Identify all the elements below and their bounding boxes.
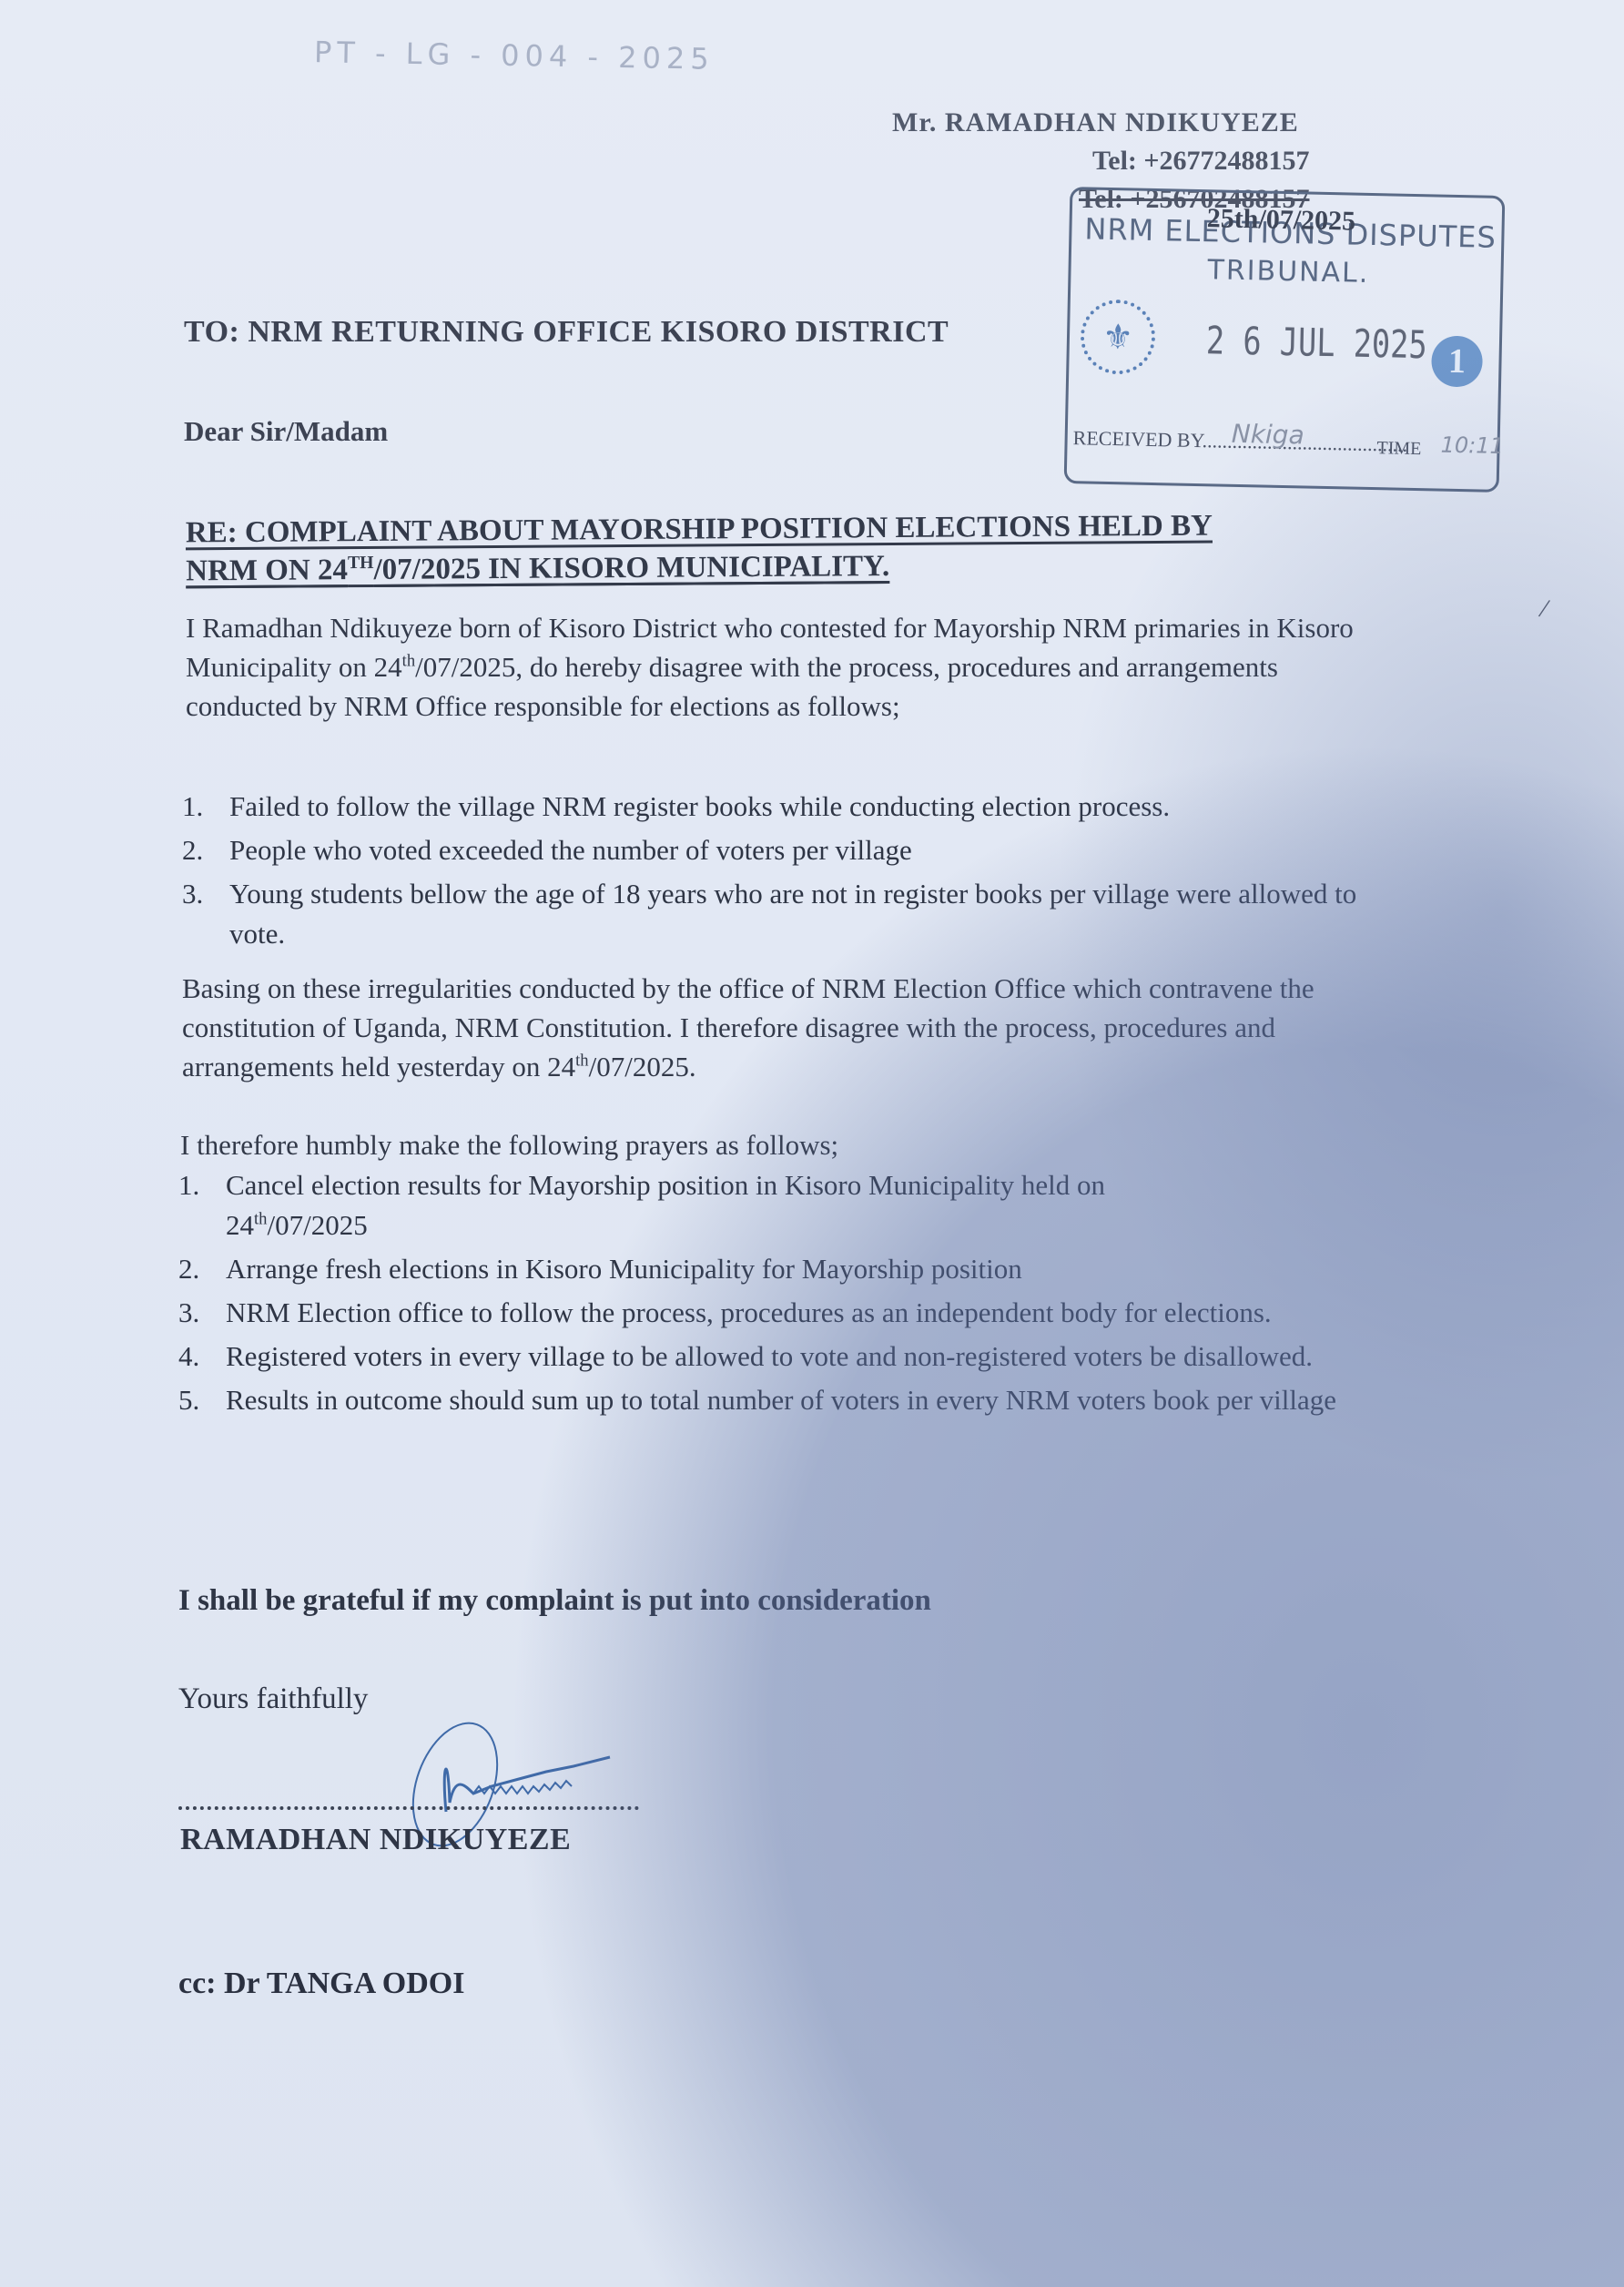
list-item: 1.Cancel election results for Mayorship … bbox=[178, 1165, 1398, 1245]
list-text: Results in outcome should sum up to tota… bbox=[226, 1384, 1336, 1416]
list-number: 4. bbox=[178, 1337, 199, 1377]
stamp-title-line2: TRIBUNAL. bbox=[1207, 254, 1369, 290]
stamp-time-label: TIME bbox=[1376, 438, 1421, 460]
list-text: Arrange fresh elections in Kisoro Munici… bbox=[226, 1253, 1022, 1285]
list-number: 1. bbox=[178, 1165, 199, 1205]
basis-paragraph: Basing on these irregularities conducted… bbox=[182, 969, 1384, 1086]
basis-sup: th bbox=[575, 1052, 588, 1071]
intro-sup: th bbox=[402, 652, 415, 671]
subject-date-suffix: /07/2025 IN KISORO MUNICIPALITY. bbox=[373, 550, 889, 586]
coin-number-icon: 1 bbox=[1431, 335, 1483, 387]
subject-date-sup: TH bbox=[348, 553, 374, 573]
list-item: 3.NRM Election office to follow the proc… bbox=[178, 1293, 1398, 1333]
list-text: Cancel election results for Mayorship po… bbox=[226, 1169, 1105, 1201]
list-text-date: 24 bbox=[226, 1209, 254, 1241]
sender-telephone-1: Tel: +26772488157 bbox=[1092, 146, 1310, 177]
list-item: 3.Young students bellow the age of 18 ye… bbox=[182, 874, 1365, 954]
list-text-sup: th bbox=[254, 1210, 267, 1229]
sender-name: Mr. RAMADHAN NDIKUYEZE bbox=[892, 107, 1299, 138]
intro-paragraph: I Ramadhan Ndikuyeze born of Kisoro Dist… bbox=[186, 608, 1360, 726]
stamp-received-date: 2 6 JUL 2025 bbox=[1205, 318, 1427, 367]
received-by-label: RECEIVED BY bbox=[1072, 426, 1202, 452]
basis-text-1: Basing on these irregularities conducted… bbox=[182, 972, 1314, 1083]
list-number: 2. bbox=[178, 1249, 199, 1289]
list-item: 1.Failed to follow the village NRM regis… bbox=[182, 787, 1365, 827]
subject-line-1: RE: COMPLAINT ABOUT MAYORSHIP POSITION E… bbox=[186, 510, 1213, 550]
salutation: Dear Sir/Madam bbox=[184, 415, 388, 448]
list-text: Registered voters in every village to be… bbox=[226, 1340, 1313, 1372]
signature-line bbox=[178, 1806, 639, 1810]
coat-of-arms-seal-icon: ⚜ bbox=[1080, 299, 1156, 375]
list-text: NRM Election office to follow the proces… bbox=[226, 1296, 1272, 1328]
list-item: 5.Results in outcome should sum up to to… bbox=[178, 1380, 1398, 1420]
list-number: 3. bbox=[182, 874, 203, 914]
list-number: 5. bbox=[178, 1380, 199, 1420]
carbon-copy: cc: Dr TANGA ODOI bbox=[178, 1967, 464, 2001]
subject-date-prefix: NRM ON 24 bbox=[186, 554, 348, 587]
list-text-date-suffix: /07/2025 bbox=[267, 1209, 367, 1241]
basis-text-2: /07/2025. bbox=[589, 1051, 696, 1083]
margin-mark: / bbox=[1537, 593, 1552, 625]
list-text: Young students bellow the age of 18 year… bbox=[229, 878, 1356, 950]
stamp-overprint-date: 25th/07/2025 bbox=[1206, 203, 1355, 237]
letter-page: PT - LG - 004 - 2025 Mr. RAMADHAN NDIKUY… bbox=[0, 0, 1624, 2287]
list-number: 2. bbox=[182, 830, 203, 870]
stamp-time-value: 10:11 bbox=[1440, 432, 1504, 459]
irregularities-list: 1.Failed to follow the village NRM regis… bbox=[182, 787, 1365, 958]
valediction: Yours faithfully bbox=[178, 1682, 368, 1716]
subject-line-2: NRM ON 24TH/07/2025 IN KISORO MUNICIPALI… bbox=[186, 550, 889, 587]
signature-icon bbox=[391, 1666, 683, 1848]
list-number: 1. bbox=[182, 787, 203, 827]
list-item: 2.People who voted exceeded the number o… bbox=[182, 830, 1365, 870]
subject-heading: RE: COMPLAINT ABOUT MAYORSHIP POSITION E… bbox=[186, 506, 1334, 591]
received-stamp: NRM ELECTIONS DISPUTES 25th/07/2025 TRIB… bbox=[1064, 187, 1506, 493]
stamp-received-by-value: Nkiga bbox=[1231, 419, 1304, 451]
list-number: 3. bbox=[178, 1293, 199, 1333]
list-item: 4.Registered voters in every village to … bbox=[178, 1337, 1398, 1377]
handwritten-reference: PT - LG - 004 - 2025 bbox=[314, 35, 715, 76]
signatory-name: RAMADHAN NDIKUYEZE bbox=[180, 1823, 571, 1857]
list-text: Failed to follow the village NRM registe… bbox=[229, 790, 1170, 822]
addressee: TO: NRM RETURNING OFFICE KISORO DISTRICT bbox=[184, 315, 949, 350]
list-item: 2.Arrange fresh elections in Kisoro Muni… bbox=[178, 1249, 1398, 1289]
prayers-intro: I therefore humbly make the following pr… bbox=[180, 1125, 1364, 1164]
closing-sentence: I shall be grateful if my complaint is p… bbox=[178, 1584, 931, 1618]
list-text: People who voted exceeded the number of … bbox=[229, 834, 912, 866]
prayers-list: 1.Cancel election results for Mayorship … bbox=[178, 1165, 1398, 1424]
